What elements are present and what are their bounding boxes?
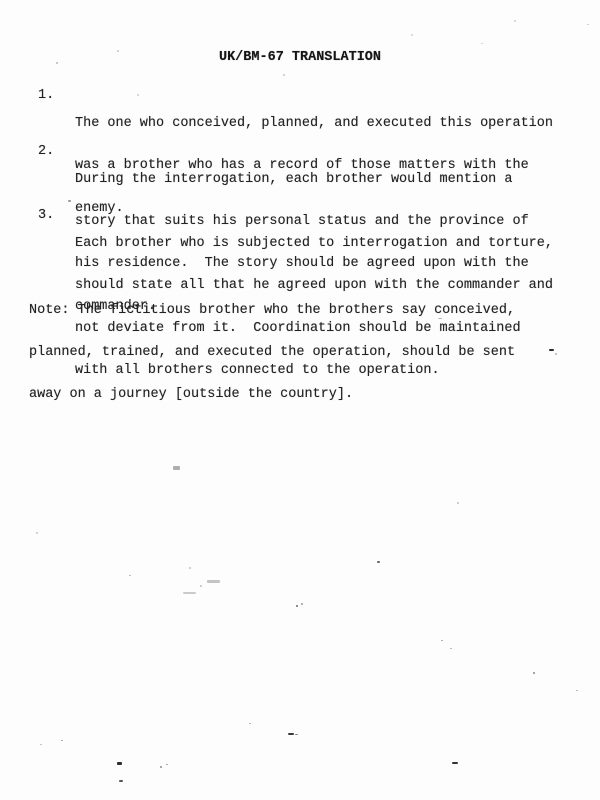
scan-speck	[377, 561, 380, 563]
text-line: Note: The fictitious brother who the bro…	[29, 304, 515, 318]
scan-speck	[166, 764, 168, 765]
scanned-document-page: UK/BM-67 TRANSLATION 1. The one who conc…	[0, 0, 600, 800]
scan-speck	[40, 744, 42, 745]
scan-speck	[117, 50, 119, 52]
scan-speck	[119, 780, 123, 782]
scan-speck	[452, 762, 458, 764]
scan-speck	[533, 672, 535, 674]
scan-speck	[56, 62, 58, 64]
item-number: 2.	[38, 145, 54, 159]
document-title: UK/BM-67 TRANSLATION	[0, 51, 600, 65]
scan-speck	[411, 34, 413, 36]
scan-speck	[549, 349, 554, 351]
scan-speck	[283, 74, 285, 76]
scan-speck	[481, 43, 483, 44]
scan-speck	[61, 740, 63, 741]
scan-speck	[36, 532, 38, 534]
scan-speck	[587, 24, 589, 25]
numbered-item-1: 1. The one who conceived, planned, and e…	[0, 89, 600, 145]
scan-speck	[296, 605, 298, 607]
numbered-item-2: 2. During the interrogation, each brothe…	[0, 145, 600, 201]
scan-speck	[288, 733, 294, 735]
text-line: away on a journey [outside the country].	[29, 388, 515, 402]
scan-speck	[576, 690, 578, 691]
scan-speck	[441, 640, 443, 641]
scan-speck	[160, 766, 162, 768]
scan-speck	[183, 592, 196, 594]
scan-speck	[137, 94, 139, 96]
text-line: planned, trained, and executed the opera…	[29, 346, 515, 360]
scan-speck	[249, 723, 251, 724]
scan-speck	[200, 585, 202, 587]
numbered-item-3: 3. Each brother who is subjected to inte…	[0, 209, 600, 265]
scan-speck	[438, 318, 442, 319]
scan-speck	[514, 20, 516, 22]
scan-speck	[207, 580, 220, 583]
item-number: 3.	[38, 209, 54, 223]
text-line: Each brother who is subjected to interro…	[75, 237, 553, 251]
scan-speck	[129, 575, 131, 576]
scan-speck	[450, 648, 452, 649]
scan-speck	[173, 466, 180, 470]
scan-speck	[117, 762, 122, 765]
text-line: The one who conceived, planned, and exec…	[75, 117, 553, 131]
text-line: During the interrogation, each brother w…	[75, 173, 529, 187]
scan-speck	[189, 567, 191, 569]
item-number: 1.	[38, 89, 54, 103]
scan-speck	[68, 200, 71, 202]
scan-speck	[457, 502, 459, 504]
scan-speck	[555, 353, 557, 355]
scan-speck	[295, 734, 298, 735]
note-paragraph: Note: The fictitious brother who the bro…	[29, 276, 515, 431]
scan-speck	[301, 603, 303, 605]
